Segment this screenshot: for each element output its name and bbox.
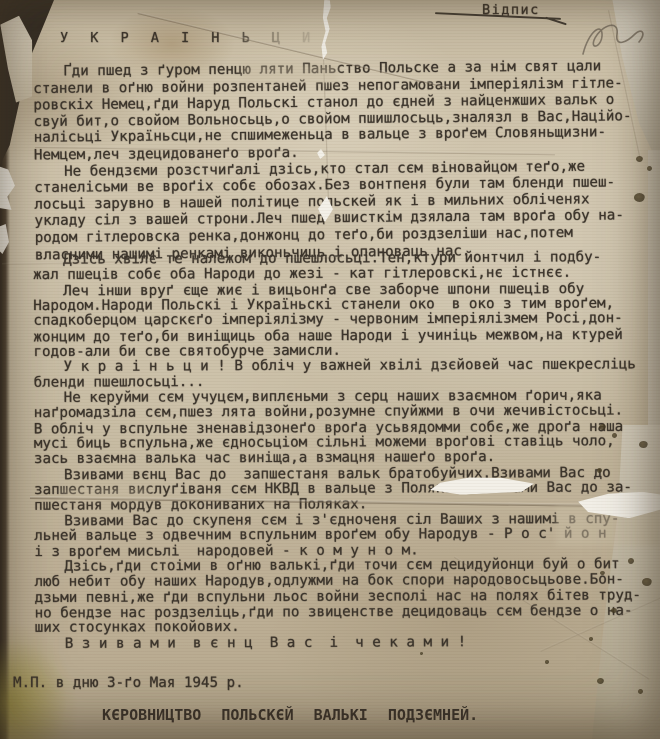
stain-speck [597, 678, 604, 684]
stain-speck [612, 433, 617, 438]
stain-speck [597, 468, 602, 473]
pencil-scribble [575, 12, 660, 67]
text-line: жонцим до теґо,би виніщиць оба наше Наро… [33, 327, 660, 345]
stain-speck [647, 166, 652, 171]
stain-speck [599, 424, 606, 430]
signature-line: КЄРОВНИЦТВО ПОЛЬСКЄЙ ВАЛЬКІ ПОДЗЄМНЕЙ. [102, 706, 478, 724]
faded-smudge [242, 64, 338, 82]
text-line: В з и в а м и в є н ц В а с і ч е к а м … [35, 634, 660, 652]
stain-speck [636, 156, 643, 162]
document-body-lower: Дзісь хвілє те належом до пшешлосьці.Тен… [33, 250, 660, 652]
stain-speck [611, 608, 617, 613]
text-line: Взивами вєнц Вас до запшестаня вальк бра… [34, 465, 660, 483]
document-title: У К Р А І Н Ь Ц И [60, 30, 317, 46]
stain-speck [589, 637, 593, 641]
document-body-upper: Ґди пшед з ґуром пенцю ляти Паньство Пол… [33, 58, 660, 263]
text-line: бленди пшешлосьці... [34, 373, 660, 391]
stain-speck [600, 571, 605, 575]
faded-smudge [60, 487, 150, 501]
text-line: Дзісь,ґди стоіми в оґню валькі,ґди точи … [34, 557, 660, 575]
document-photo: Відпис У К Р А І Н Ь Ц И Ґди пшед з ґуро… [0, 0, 660, 739]
text-line: Леч інши вруґ єще жиє і вицьонґа све заб… [33, 281, 660, 299]
stain-speck [420, 652, 423, 655]
text-line: мусі биць вспульна,же єдносьціом сільні … [34, 434, 660, 452]
text-line: Дзісь хвілє те належом до пшешлосьці.Тен… [33, 250, 660, 268]
date-line: М.П. в дню 3-ґо Мая 1945 р. [13, 675, 244, 691]
stain-speck [642, 578, 652, 586]
stain-speck [545, 660, 549, 664]
stain-speck [628, 558, 634, 564]
ink-blot [634, 193, 645, 202]
stain-speck [639, 441, 648, 448]
stain-speck [638, 689, 643, 694]
